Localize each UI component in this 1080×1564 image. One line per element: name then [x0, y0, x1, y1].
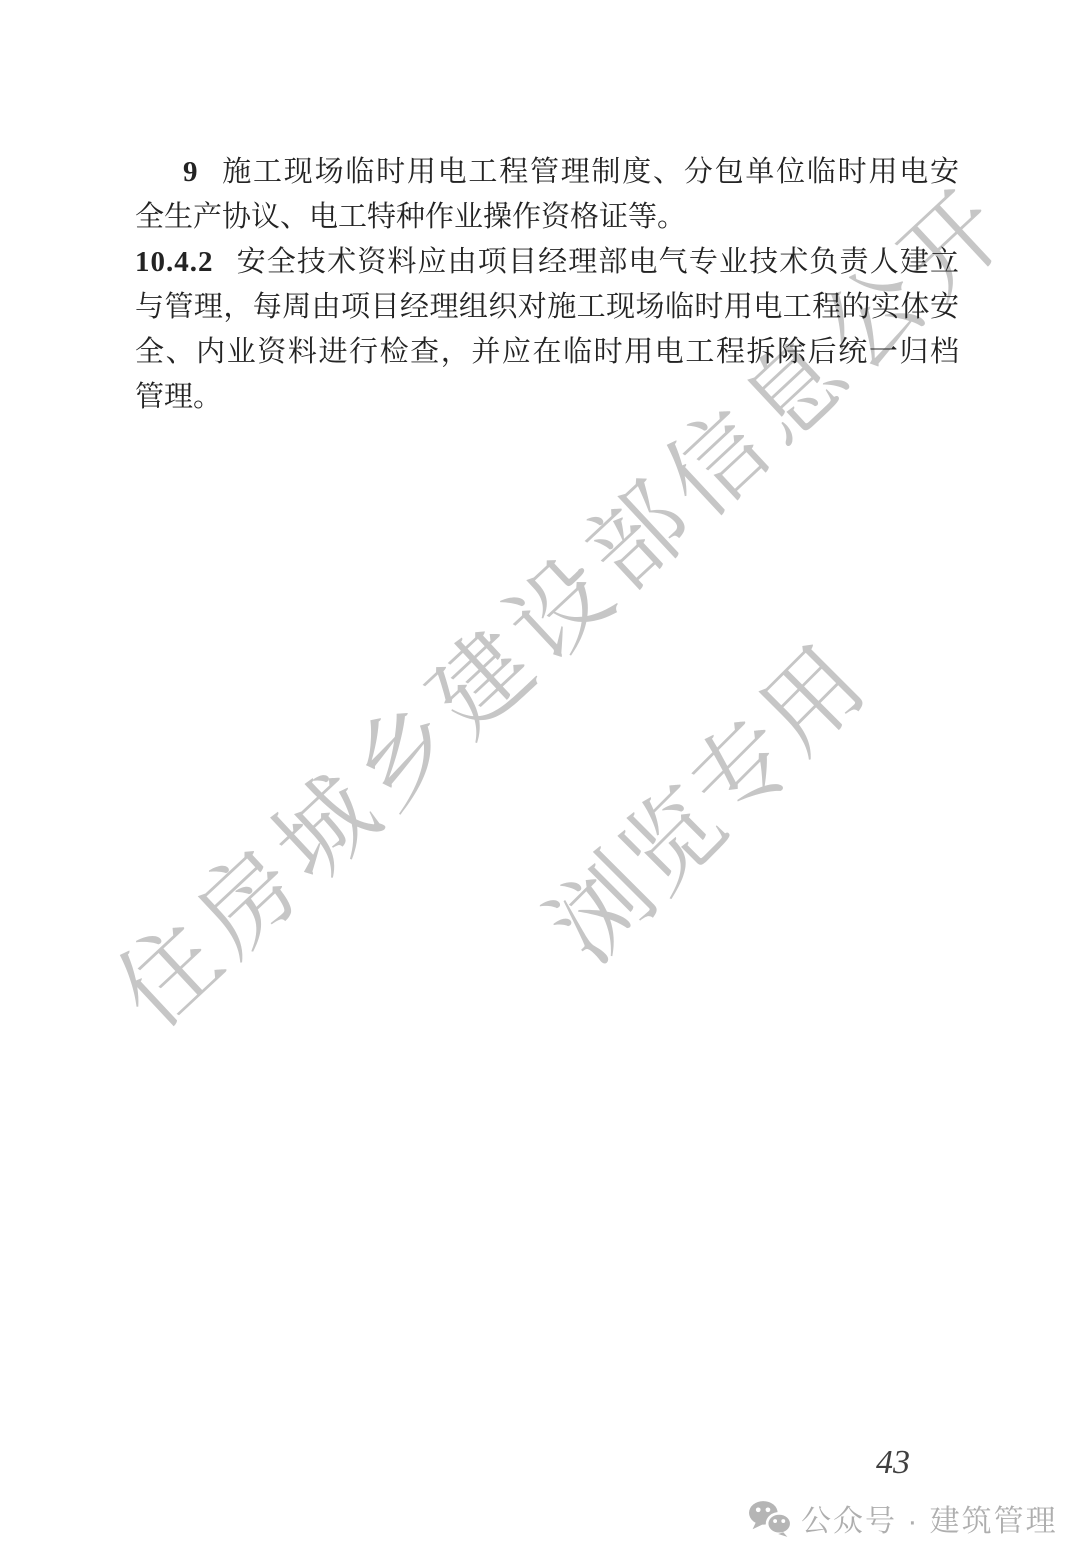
text-line-content: 安全技术资料应由项目经理部电气专业技术负责人建立 — [236, 246, 960, 278]
text-line-content: 全、内业资料进行检查，并应在临时用电工程拆除后统一归档 — [135, 336, 959, 368]
footer-banner: 公众号 · 建筑管理 — [748, 1496, 1058, 1540]
document-page: 住房城乡建设部信息公开 浏览专用 9施工现场临时用电工程管理制度、分包单位临时用… — [0, 0, 1080, 1564]
footer-label: 公众号 · 建筑管理 — [801, 1496, 1058, 1540]
text-line: 管理。 — [135, 375, 959, 420]
page-number: 43 — [876, 1444, 910, 1482]
text-line-content: 全生产协议、电工特种作业操作资格证等。 — [135, 201, 686, 233]
text-line: 全生产协议、电工特种作业操作资格证等。 — [135, 195, 959, 240]
clause-number: 9 — [183, 156, 199, 188]
text-line-content: 管理。 — [135, 381, 222, 413]
text-line: 与管理，每周由项目经理组织对施工现场临时用电工程的实体安 — [135, 285, 959, 330]
text-line-content: 施工现场临时用电工程管理制度、分包单位临时用电安 — [221, 156, 960, 188]
text-line: 10.4.2安全技术资料应由项目经理部电气专业技术负责人建立 — [135, 240, 959, 285]
clause-number: 10.4.2 — [135, 246, 214, 278]
wechat-icon — [748, 1500, 793, 1537]
text-line-content: 与管理，每周由项目经理组织对施工现场临时用电工程的实体安 — [135, 291, 959, 323]
text-line: 9施工现场临时用电工程管理制度、分包单位临时用电安 — [135, 150, 959, 195]
document-body: 9施工现场临时用电工程管理制度、分包单位临时用电安全生产协议、电工特种作业操作资… — [135, 150, 959, 420]
text-line: 全、内业资料进行检查，并应在临时用电工程拆除后统一归档 — [135, 330, 959, 375]
